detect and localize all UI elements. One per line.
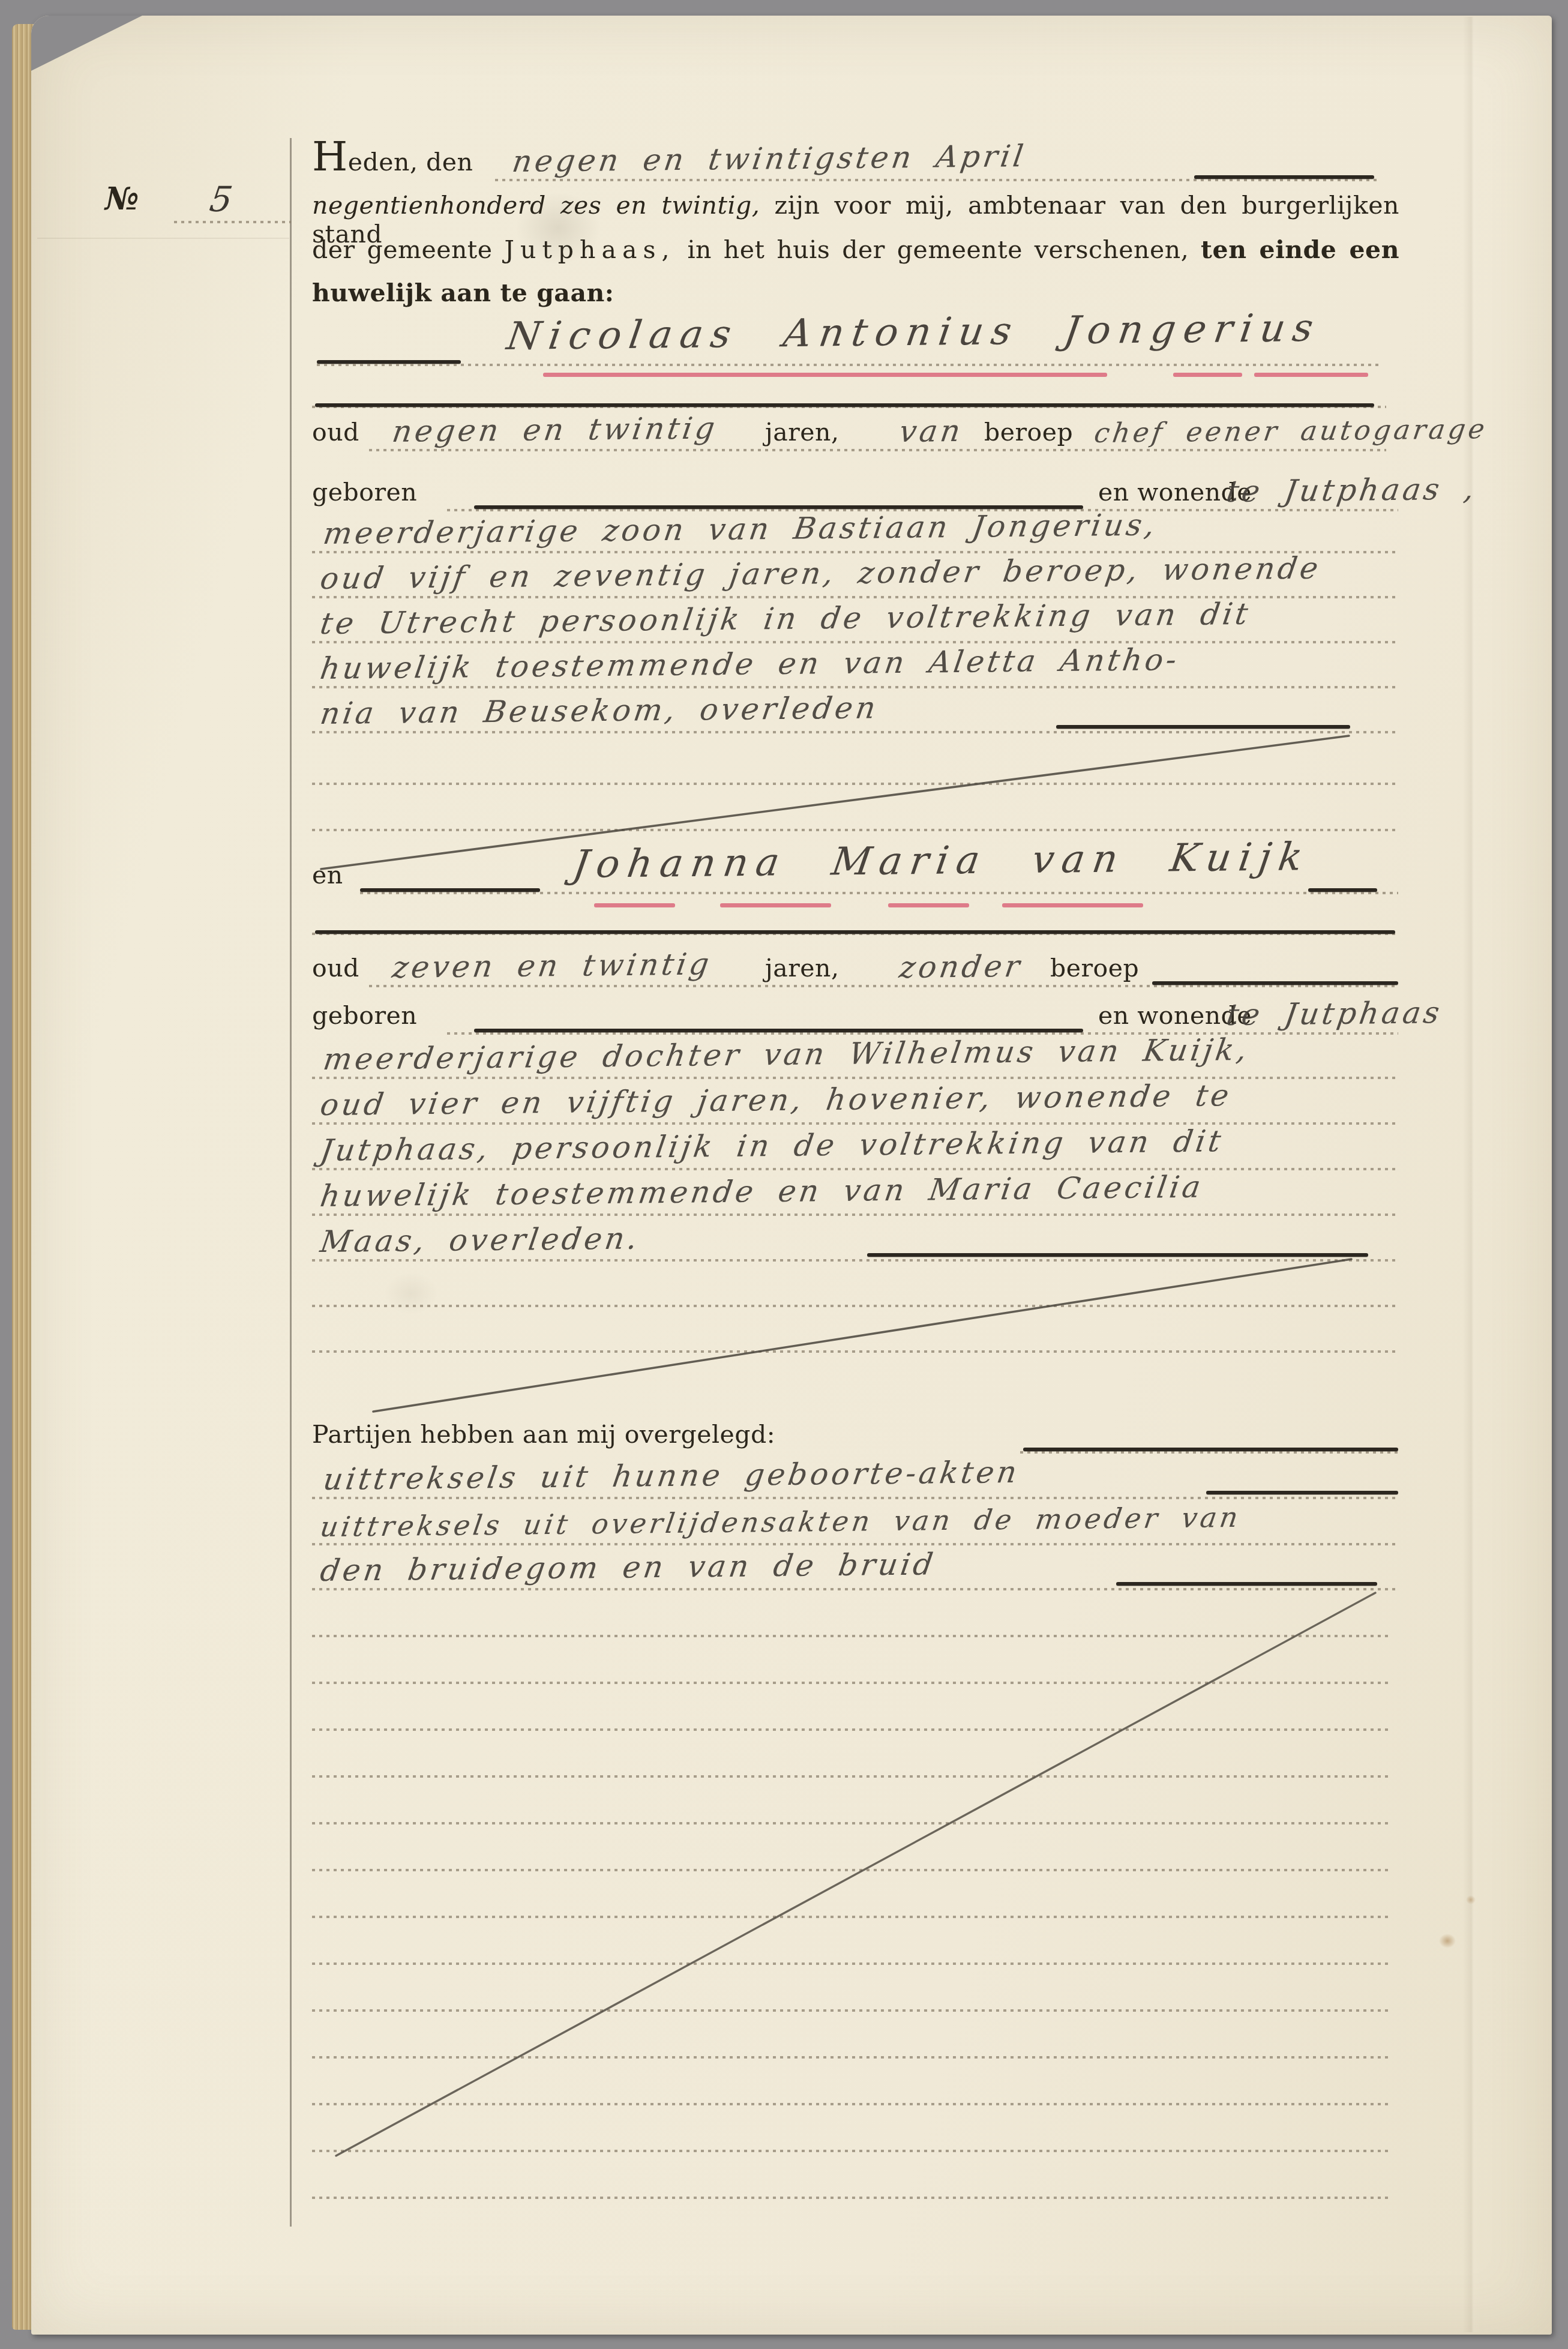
groom-name-handwritten: Nicolaas Antonius Jongerius (504, 306, 1324, 359)
field-rule (360, 892, 1398, 894)
and-label: en (312, 861, 343, 889)
groom-age-handwritten: negen en twintig (390, 411, 720, 449)
year-printed: negentienhonderd zes en twintig, (312, 191, 760, 220)
occupation-label: beroep (984, 418, 1073, 447)
bride-name-row: en Johanna Maria van Kuijk (312, 823, 1398, 894)
trail-dash (1308, 888, 1377, 892)
groom-age-occupation-row: oud negen en twintig jaren, van beroep c… (312, 391, 1398, 451)
document-content: № 5 Heden, den negen en twintigsten Apri… (0, 0, 1568, 2349)
numero-symbol: № (105, 181, 139, 217)
municipality-name: Jutphaas, (505, 235, 676, 264)
empty-rule (312, 2139, 1398, 2199)
field-rule (317, 364, 1380, 366)
act-number-value: 5 (207, 179, 235, 220)
intro-line3-mid: in het huis der gemeente verschenen, (687, 235, 1189, 264)
groom-name-row: Nicolaas Antonius Jongerius (312, 299, 1398, 366)
field-rule (495, 179, 1377, 181)
field-rule (312, 2197, 1392, 2199)
margin-divider-line (290, 138, 292, 2227)
intro-line3-bold: ten einde een (1201, 235, 1399, 264)
strike-dash (1194, 175, 1374, 179)
heden-label: Heden, den (312, 145, 473, 176)
of-handwritten: van (897, 414, 966, 449)
field-rule (312, 1350, 1398, 1353)
date-handwritten: negen en twintigsten April (510, 139, 1029, 179)
intro-line3: der gemeente Jutphaas, in het huis der g… (312, 235, 1399, 264)
bride-name-handwritten: Johanna Maria van Kuijk (570, 835, 1313, 887)
margin-faint-line (37, 238, 289, 239)
groom-occupation-handwritten: chef eener autogarage (1092, 413, 1490, 449)
intro-line3-pre: der gemeente (312, 235, 493, 264)
empty-ruled-line (312, 771, 1398, 831)
lead-dash (360, 888, 540, 892)
age-label: oud (312, 418, 359, 447)
field-rule (174, 221, 291, 223)
groom-parents-line5: nia van Beusekom, overleden (312, 673, 1398, 733)
years-label: jaren, (765, 418, 839, 447)
intro-line1: Heden, den negen en twintigsten April (312, 121, 1398, 181)
act-number-row: № 5 (0, 163, 312, 223)
empty-ruled-line (312, 1293, 1398, 1353)
